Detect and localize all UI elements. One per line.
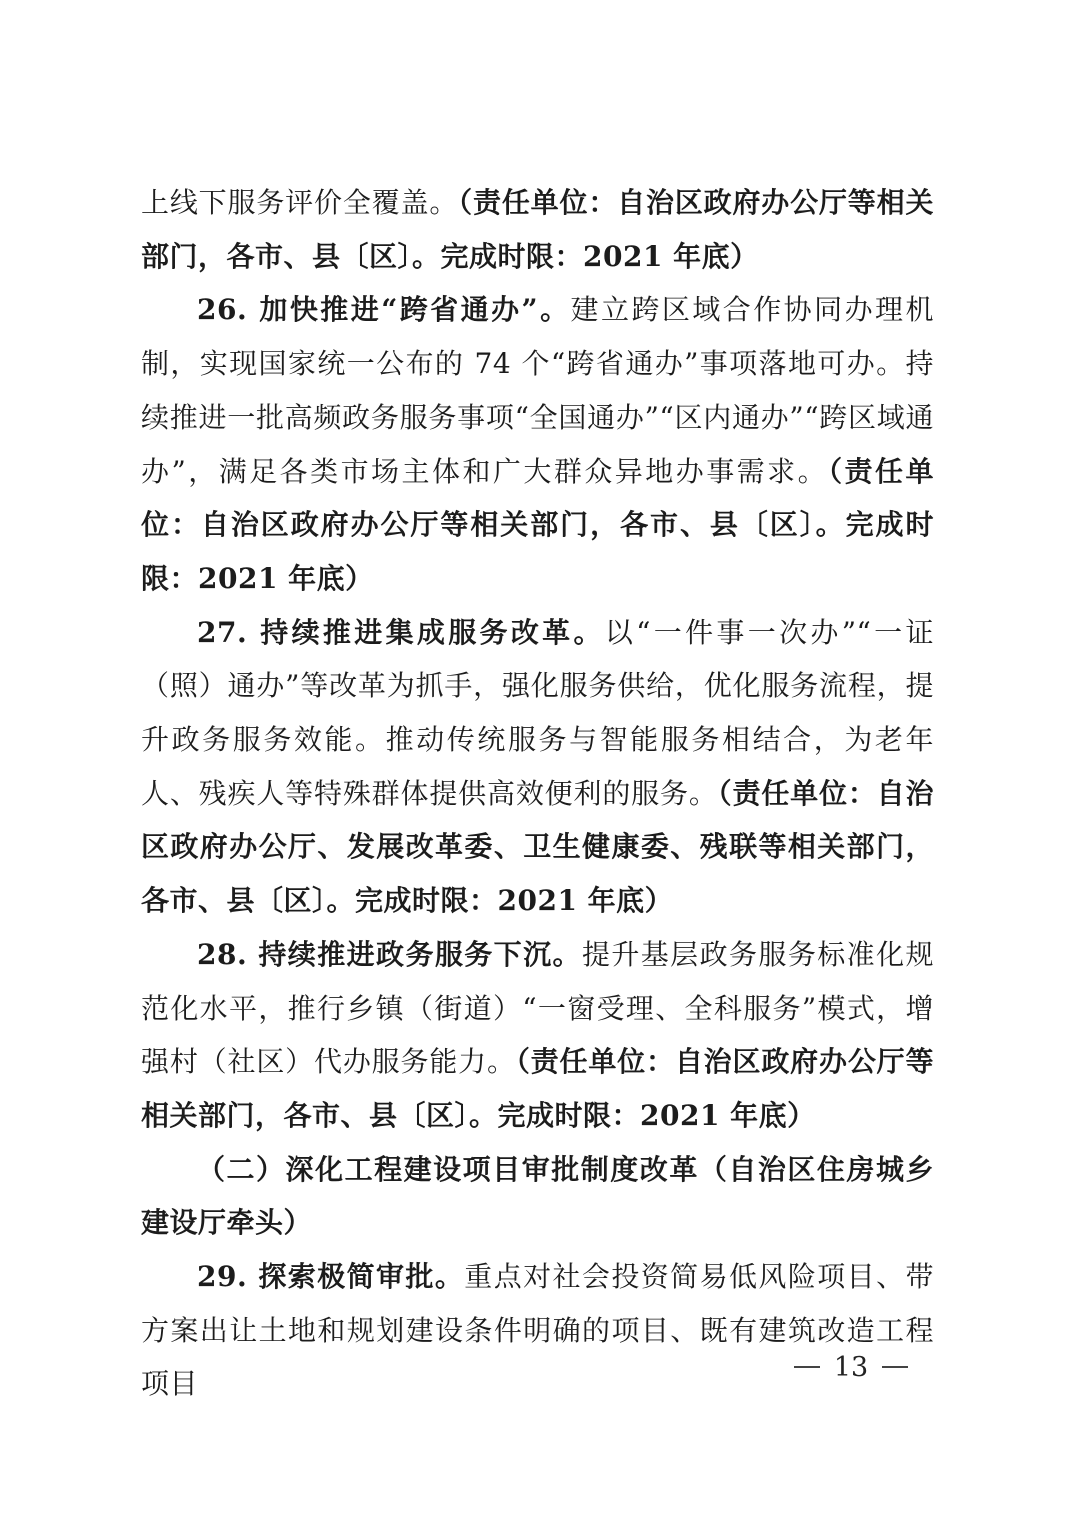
paragraph-item-29: 29. 探索极简审批。重点对社会投资简易低风险项目、带方案出让土地和规划建设条件…: [141, 1250, 934, 1411]
paragraph-item-27: 27. 持续推进集成服务改革。以“一件事一次办”“一证（照）通办”等改革为抓手，…: [141, 606, 934, 928]
paragraph-item-28: 28. 持续推进政务服务下沉。提升基层政务服务标准化规范化水平，推行乡镇（街道）…: [141, 928, 934, 1143]
footer-left-dash: [794, 1366, 820, 1368]
document-page: 上线下服务评价全覆盖。（责任单位：自治区政府办公厅等相关部门，各市、县〔区〕。完…: [0, 0, 1074, 1520]
document-body: 上线下服务评价全覆盖。（责任单位：自治区政府办公厅等相关部门，各市、县〔区〕。完…: [141, 176, 934, 1411]
page-footer: 13: [794, 1352, 908, 1382]
item-lead-sentence: 26. 加快推进“跨省通办”。: [197, 293, 571, 326]
page-number: 13: [834, 1352, 868, 1383]
item-lead-sentence: 27. 持续推进集成服务改革。: [197, 616, 605, 649]
section-heading: （二）深化工程建设项目审批制度改革（自治区住房城乡建设厅牵头）: [141, 1143, 934, 1250]
paragraph-item-26: 26. 加快推进“跨省通办”。建立跨区域合作协同办理机制，实现国家统一公布的 7…: [141, 283, 934, 605]
item-lead-sentence: 29. 探索极简审批。: [197, 1260, 464, 1293]
footer-right-dash: [882, 1366, 908, 1368]
paragraph-item-25-continuation: 上线下服务评价全覆盖。（责任单位：自治区政府办公厅等相关部门，各市、县〔区〕。完…: [141, 176, 934, 283]
section-heading-text: （二）深化工程建设项目审批制度改革（自治区住房城乡建设厅牵头）: [141, 1153, 934, 1240]
body-text: 上线下服务评价全覆盖。: [141, 186, 458, 219]
item-lead-sentence: 28. 持续推进政务服务下沉。: [197, 938, 582, 971]
